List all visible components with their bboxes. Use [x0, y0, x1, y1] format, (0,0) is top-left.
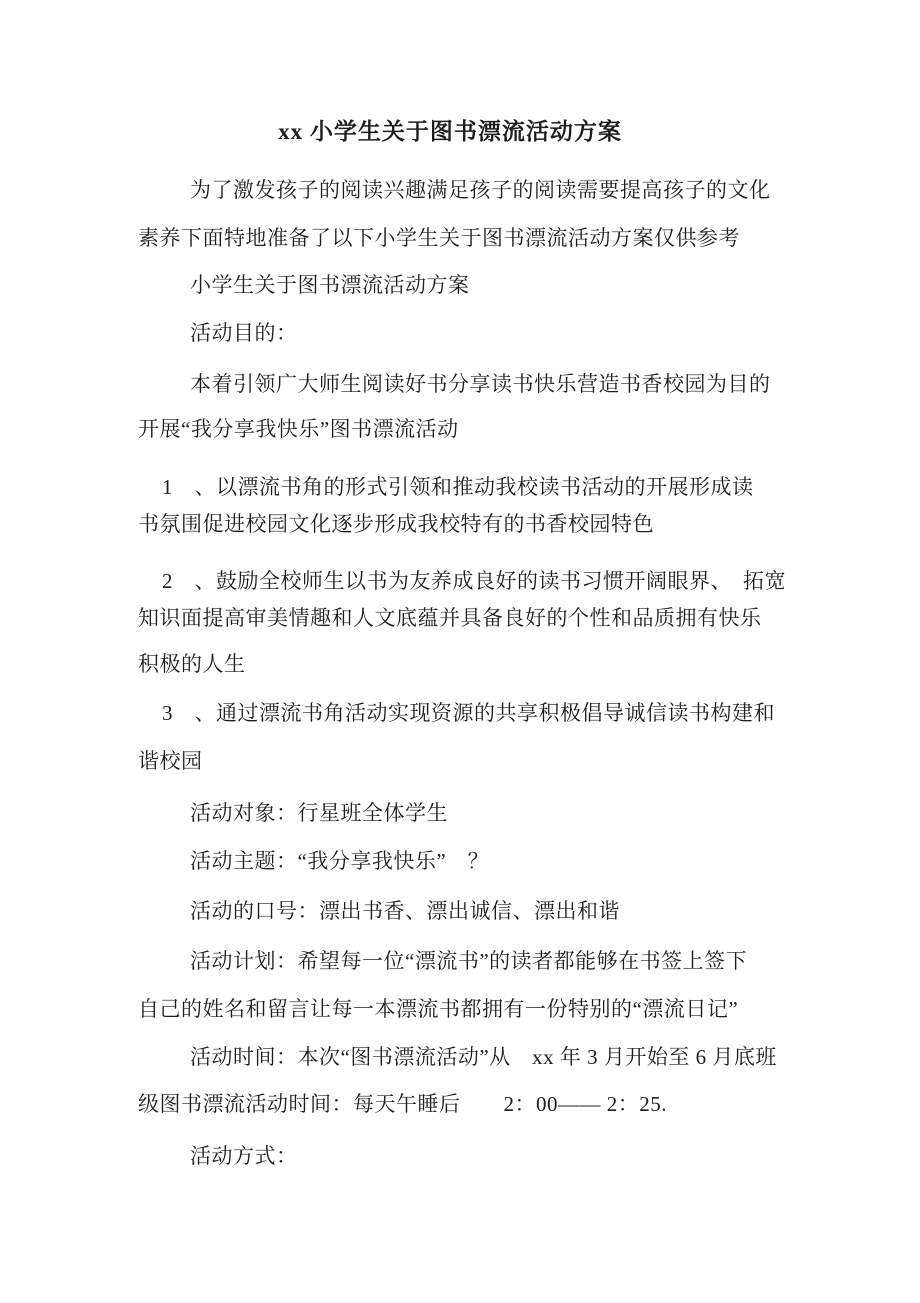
activity-theme-line: 活动主题：“我分享我快乐” ？ [190, 847, 489, 875]
item-2-line-3: 积极的人生 [138, 650, 246, 678]
activity-plan-line-2: 自己的姓名和留言让每一本漂流书都拥有一份特别的“漂流日记” [138, 995, 738, 1023]
document-title: xx 小学生关于图书漂流活动方案 [0, 118, 900, 146]
intro-line-1: 为了激发孩子的阅读兴趣满足孩子的阅读需要提高孩子的文化 [190, 176, 771, 204]
item-1-line-2: 书氛围促进校园文化逐步形成我校特有的书香校园特色 [138, 510, 654, 538]
item-3-line-1: 3 、通过漂流书角活动实现资源的共享积极倡导诚信读书构建和 [162, 699, 775, 727]
subtitle-line: 小学生关于图书漂流活动方案 [190, 271, 470, 299]
activity-target-line: 活动对象：行星班全体学生 [190, 799, 448, 827]
activity-plan-line-1: 活动计划：希望每一位“漂流书”的读者都能够在书签上签下 [190, 947, 747, 975]
intro-line-2: 素养下面特地准备了以下小学生关于图书漂流活动方案仅供参考 [138, 224, 740, 252]
purpose-line-2: 开展“我分享我快乐”图书漂流活动 [138, 415, 459, 443]
activity-time-line-2: 级图书漂流活动时间：每天午睡后 2：00—— 2：25. [138, 1090, 667, 1118]
activity-slogan-line: 活动的口号：漂出书香、漂出诚信、漂出和谐 [190, 897, 620, 925]
activity-time-line-1: 活动时间：本次“图书漂流活动”从 xx 年 3 月开始至 6 月底班 [190, 1043, 777, 1071]
item-1-line-1: 1 、以漂流书角的形式引领和推动我校读书活动的开展形成读 [162, 473, 754, 501]
section-purpose-heading: 活动目的： [190, 319, 298, 347]
item-3-line-2: 谐校园 [138, 747, 203, 775]
item-2-line-1: 2 、鼓励全校师生以书为友养成良好的读书习惯开阔眼界、 拓宽 [162, 567, 786, 595]
purpose-line-1: 本着引领广大师生阅读好书分享读书快乐营造书香校园为目的 [190, 370, 771, 398]
document-page: xx 小学生关于图书漂流活动方案 为了激发孩子的阅读兴趣满足孩子的阅读需要提高孩… [0, 0, 920, 1303]
item-2-line-2: 知识面提高审美情趣和人文底蕴并具备良好的个性和品质拥有快乐 [138, 604, 762, 632]
activity-method-heading: 活动方式： [190, 1142, 298, 1170]
